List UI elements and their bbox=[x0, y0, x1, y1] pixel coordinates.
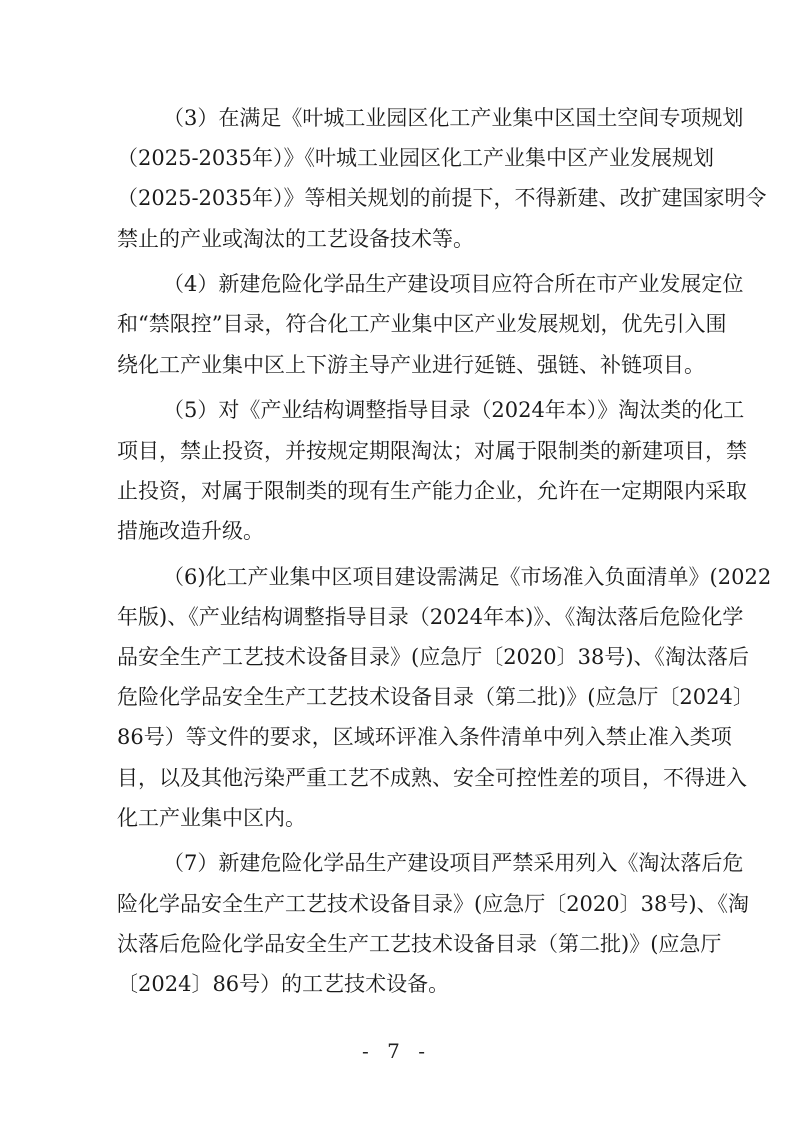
text-line: 化工产业集中区内。 bbox=[117, 803, 673, 843]
text-line: 86号）等文件的要求，区域环评准入条件清单中列入禁止准入类项 bbox=[117, 722, 673, 762]
paragraph-4: （4）新建危险化学品生产建设项目应符合所在市产业发展定位 和“禁限控”目录，符合… bbox=[117, 269, 673, 390]
text-line: （3）在满足《叶城工业园区化工产业集中区国土空间专项规划 bbox=[117, 103, 673, 143]
text-line: 项目，禁止投资，并按规定期限淘汰；对属于限制类的新建项目，禁 bbox=[117, 436, 673, 476]
paragraph-7: （7）新建危险化学品生产建设项目严禁采用列入《淘汰落后危 险化学品安全生产工艺技… bbox=[117, 848, 673, 1009]
paragraph-3: （3）在满足《叶城工业园区化工产业集中区国土空间专项规划 （2025-2035年… bbox=[117, 103, 673, 264]
text-line: 汰落后危险化学品安全生产工艺技术设备目录（第二批)》(应急厅 bbox=[117, 929, 673, 969]
text-line: 〔2024〕86号）的工艺技术设备。 bbox=[117, 969, 673, 1009]
text-line: 措施改造升级。 bbox=[117, 516, 673, 556]
text-line: 险化学品安全生产工艺技术设备目录》(应急厅〔2020〕38号)、《淘 bbox=[117, 889, 673, 929]
document-body: （3）在满足《叶城工业园区化工产业集中区国土空间专项规划 （2025-2035年… bbox=[117, 103, 673, 1009]
text-line: （6)化工产业集中区项目建设需满足《市场准入负面清单》(2022 bbox=[117, 562, 673, 602]
page-number: - 7 - bbox=[0, 1039, 793, 1063]
text-line: 目，以及其他污染严重工艺不成熟、安全可控性差的项目，不得进入 bbox=[117, 763, 673, 803]
text-line: 危险化学品安全生产工艺技术设备目录（第二批)》(应急厅〔2024〕 bbox=[117, 682, 673, 722]
text-line: 止投资，对属于限制类的现有生产能力企业，允许在一定期限内采取 bbox=[117, 476, 673, 516]
text-line: （5）对《产业结构调整指导目录（2024年本）》淘汰类的化工 bbox=[117, 395, 673, 435]
paragraph-5: （5）对《产业结构调整指导目录（2024年本）》淘汰类的化工 项目，禁止投资，并… bbox=[117, 395, 673, 556]
text-line: 品安全生产工艺技术设备目录》(应急厅〔2020〕38号)、《淘汰落后 bbox=[117, 642, 673, 682]
text-line: 禁止的产业或淘汰的工艺设备技术等。 bbox=[117, 224, 673, 264]
text-line: （7）新建危险化学品生产建设项目严禁采用列入《淘汰落后危 bbox=[117, 848, 673, 888]
text-line: 和“禁限控”目录，符合化工产业集中区产业发展规划，优先引入围 bbox=[117, 309, 673, 349]
text-line: 年版)、《产业结构调整指导目录（2024年本)》、《淘汰落后危险化学 bbox=[117, 602, 673, 642]
text-line: （2025-2035年）》《叶城工业园区化工产业集中区产业发展规划 bbox=[117, 143, 673, 183]
text-line: 绕化工产业集中区上下游主导产业进行延链、强链、补链项目。 bbox=[117, 350, 673, 390]
text-line: （4）新建危险化学品生产建设项目应符合所在市产业发展定位 bbox=[117, 269, 673, 309]
document-page: （3）在满足《叶城工业园区化工产业集中区国土空间专项规划 （2025-2035年… bbox=[0, 0, 793, 1122]
text-line: （2025-2035年）》等相关规划的前提下，不得新建、改扩建国家明令 bbox=[117, 183, 673, 223]
paragraph-6: （6)化工产业集中区项目建设需满足《市场准入负面清单》(2022 年版)、《产业… bbox=[117, 562, 673, 843]
